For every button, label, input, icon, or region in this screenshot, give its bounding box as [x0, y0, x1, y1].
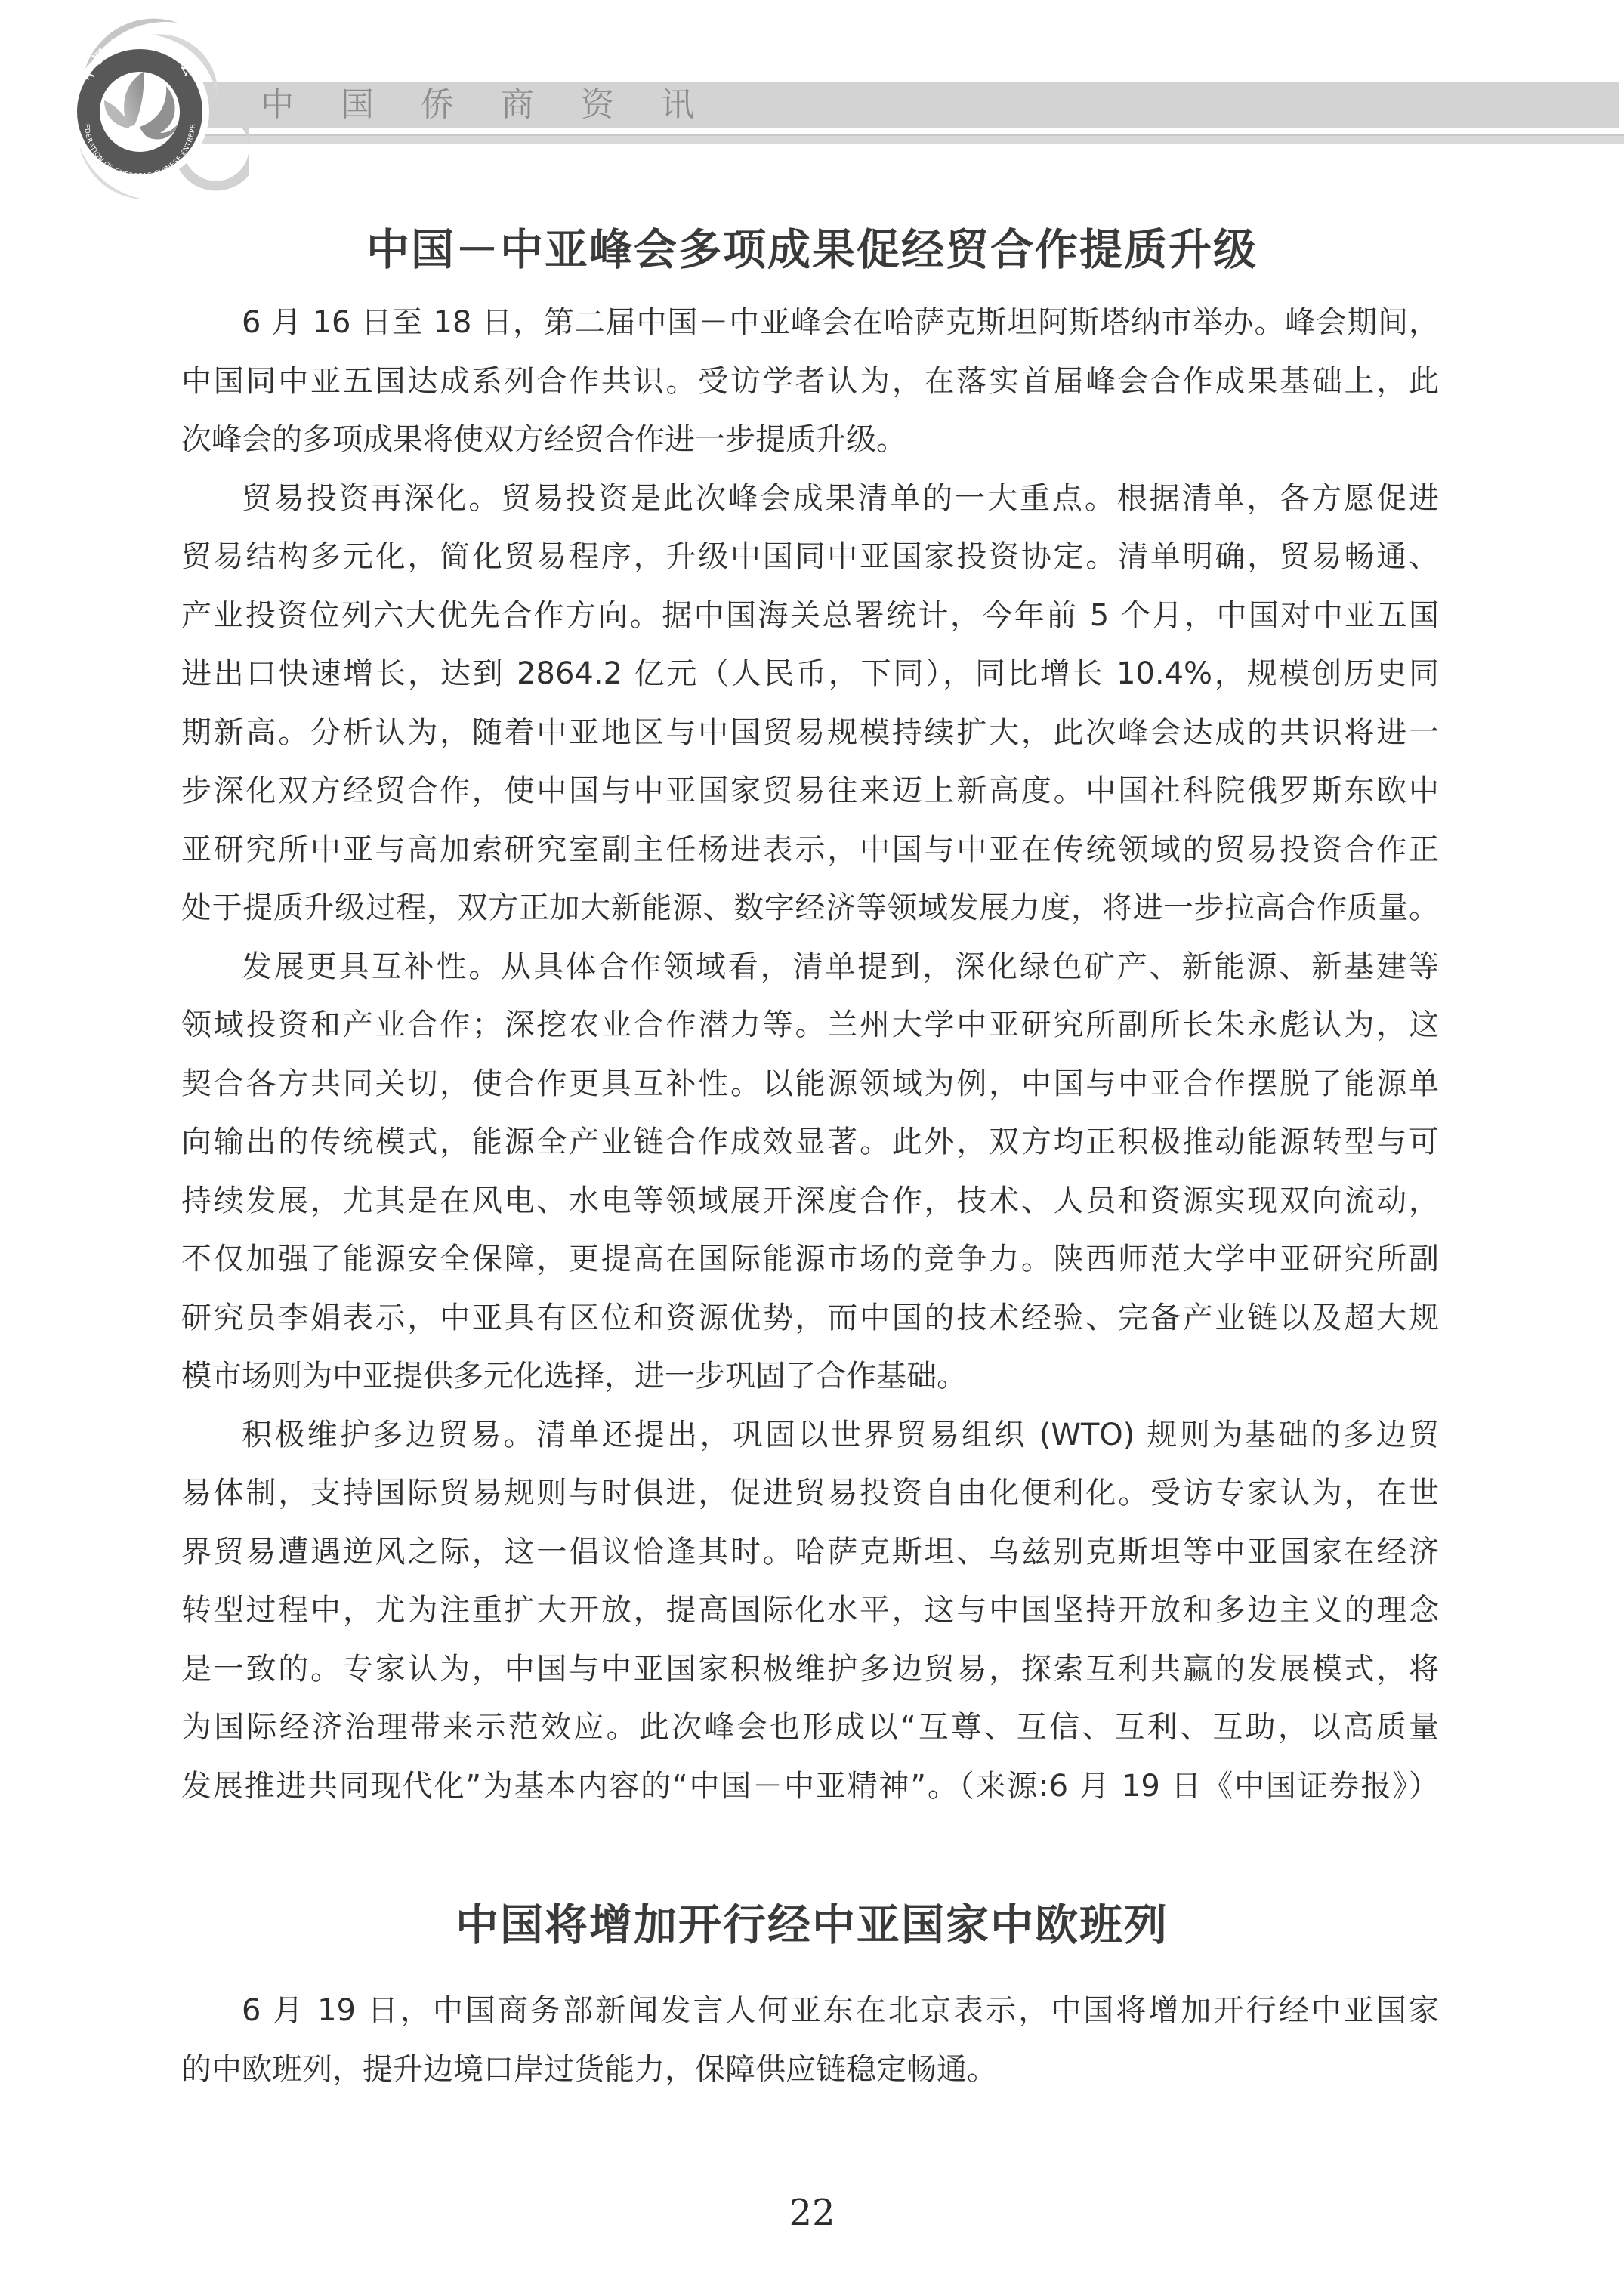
article-body: 6 月 16 日至 18 日，第二届中国－中亚峰会在哈萨克斯坦阿斯塔纳市举办。峰…: [181, 294, 1439, 1816]
text-line: 转型过程中，尤为注重扩大开放，提高国际化水平，这与中国坚持开放和多边主义的理念: [181, 1582, 1439, 1640]
text-line: 研究员李娟表示，中亚具有区位和资源优势，而中国的技术经验、完备产业链以及超大规: [181, 1289, 1439, 1348]
text-line: 领域投资和产业合作；深挖农业合作潜力等。兰州大学中亚研究所副所长朱永彪认为，这: [181, 996, 1439, 1055]
text-line: 向输出的传统模式，能源全产业链合作成效显著。此外，双方均正积极推动能源转型与可: [181, 1113, 1439, 1172]
text-line: 步深化双方经贸合作，使中国与中亚国家贸易往来迈上新高度。中国社科院俄罗斯东欧中: [181, 762, 1439, 821]
article-body: 6 月 19 日，中国商务部新闻发言人何亚东在北京表示，中国将增加开行经中亚国家…: [181, 1982, 1439, 2099]
header-banner-title: 中国侨商资讯: [261, 82, 741, 128]
article-title: 中国将增加开行经中亚国家中欧班列: [0, 1900, 1624, 1950]
text-line: 产业投资位列六大优先合作方向。据中国海关总署统计，今年前 5 个月，中国对中亚五…: [181, 587, 1439, 646]
text-line: 期新高。分析认为，随着中亚地区与中国贸易规模持续扩大，此次峰会达成的共识将进一: [181, 704, 1439, 763]
text-line: 发展更具互补性。从具体合作领域看，清单提到，深化绿色矿产、新能源、新基建等: [181, 938, 1439, 997]
text-line: 贸易结构多元化，简化贸易程序，升级中国同中亚国家投资协定。清单明确，贸易畅通、: [181, 528, 1439, 587]
text-line: 积极维护多边贸易。清单还提出，巩固以世界贸易组织 (WTO) 规则为基础的多边贸: [181, 1406, 1439, 1465]
text-line: 发展推进共同现代化”为基本内容的“中国－中亚精神”。（来源:6 月 19 日《中…: [181, 1758, 1439, 1816]
text-line: 契合各方共同关切，使合作更具互补性。以能源领域为例，中国与中亚合作摆脱了能源单: [181, 1055, 1439, 1114]
text-line: 次峰会的多项成果将使双方经贸合作进一步提质升级。: [181, 411, 1439, 470]
text-line: 模市场则为中亚提供多元化选择，进一步巩固了合作基础。: [181, 1347, 1439, 1406]
text-line: 持续发展，尤其是在风电、水电等领域展开深度合作，技术、人员和资源实现双向流动，: [181, 1172, 1439, 1231]
page-number: 22: [0, 2192, 1624, 2234]
text-line: 进出口快速增长，达到 2864.2 亿元（人民币，下同），同比增长 10.4%，…: [181, 645, 1439, 704]
text-line: 易体制，支持国际贸易规则与时俱进，促进贸易投资自由化便利化。受访专家认为，在世: [181, 1464, 1439, 1523]
text-line: 不仅加强了能源安全保障，更提高在国际能源市场的竞争力。陕西师范大学中亚研究所副: [181, 1230, 1439, 1289]
text-line: 亚研究所中亚与高加索研究室副主任杨进表示，中国与中亚在传统领域的贸易投资合作正: [181, 821, 1439, 880]
text-line: 中国同中亚五国达成系列合作共识。受访学者认为，在落实首届峰会合作成果基础上，此: [181, 353, 1439, 412]
text-line: 界贸易遭遇逆风之际，这一倡议恰逢其时。哈萨克斯坦、乌兹别克斯坦等中亚国家在经济: [181, 1523, 1439, 1582]
text-line: 为国际经济治理带来示范效应。此次峰会也形成以“互尊、互信、互利、互助，以高质量: [181, 1699, 1439, 1758]
article-title: 中国－中亚峰会多项成果促经贸合作提质升级: [0, 225, 1624, 275]
article-trains: 中国将增加开行经中亚国家中欧班列 6 月 19 日，中国商务部新闻发言人何亚东在…: [0, 1900, 1624, 1950]
text-line: 处于提质升级过程，双方正加大新能源、数字经济等领域发展力度，将进一步拉高合作质量…: [181, 879, 1439, 938]
article-summit: 中国－中亚峰会多项成果促经贸合作提质升级 6 月 16 日至 18 日，第二届中…: [0, 225, 1624, 275]
text-line: 6 月 16 日至 18 日，第二届中国－中亚峰会在哈萨克斯坦阿斯塔纳市举办。峰…: [181, 294, 1439, 353]
text-line: 是一致的。专家认为，中国与中亚国家积极维护多边贸易，探索互利共赢的发展模式，将: [181, 1640, 1439, 1699]
header-bar-accent: [189, 134, 1624, 144]
text-line: 的中欧班列，提升边境口岸过货能力，保障供应链稳定畅通。: [181, 2041, 1439, 2100]
federation-logo-icon: 中国侨商联合会 CHINA FEDERATION OF OVERSEAS CHI…: [38, 6, 249, 221]
text-line: 6 月 19 日，中国商务部新闻发言人何亚东在北京表示，中国将增加开行经中亚国家: [181, 1982, 1439, 2041]
text-line: 贸易投资再深化。贸易投资是此次峰会成果清单的一大重点。根据清单，各方愿促进: [181, 470, 1439, 529]
